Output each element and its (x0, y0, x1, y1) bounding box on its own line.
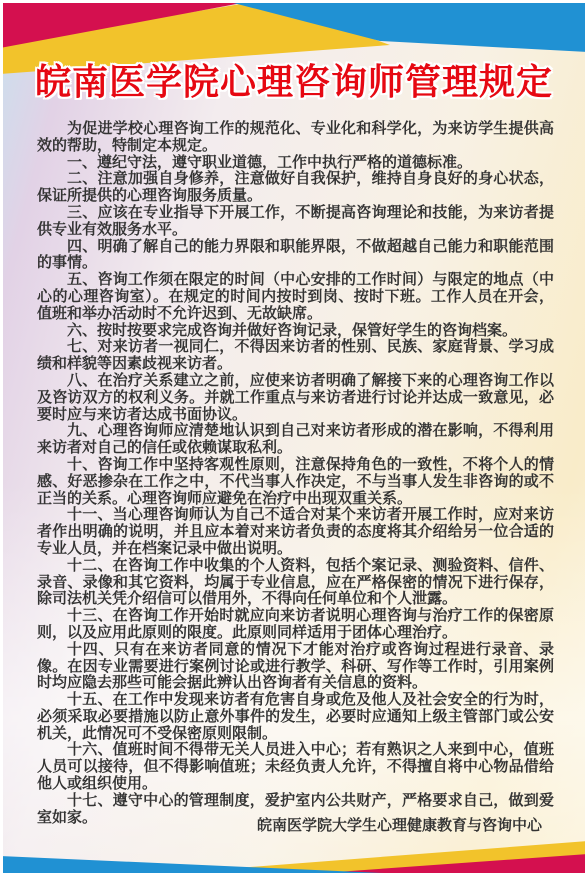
page-title: 皖南医学院心理咨询师管理规定 (0, 54, 588, 105)
regulations-list: 一、遵纪守法，遵守职业道德，工作中执行严格的道德标准。二、注意加强自身修养，注意… (37, 155, 554, 827)
issuer-signature: 皖南医学院大学生心理健康教育与咨询中心 (37, 814, 542, 835)
regulation-paragraph: 四、明确了解自己的能力界限和职能界限，不做超越自己能力和职能范围的事情。 (37, 239, 554, 273)
regulation-paragraph: 十二、在咨询工作中收集的个人资料，包括个案记录、测验资料、信件、录音、录像和其它… (37, 558, 554, 608)
regulation-paragraph: 三、应该在专业指导下开展工作，不断提高咨询理论和技能，为来访者提供专业有效服务水… (37, 205, 554, 239)
regulation-paragraph: 七、对来访者一视同仁，不得因来访者的性别、民族、家庭背景、学习成绩和样貌等因素歧… (37, 339, 554, 373)
regulation-paragraph: 十五、在工作中发现来访者有危害自身或危及他人及社会安全的行为时，必须采取必要措施… (37, 692, 554, 742)
regulation-paragraph: 十、咨询工作中坚持客观性原则，注意保持角色的一致性，不将个人的情感、好恶掺杂在工… (37, 457, 554, 507)
regulation-paragraph: 五、咨询工作须在限定的时间（中心安排的工作时间）与限定的地点（中心的心理咨询室）… (37, 272, 554, 322)
regulation-paragraph: 一、遵纪守法，遵守职业道德，工作中执行严格的道德标准。 (37, 155, 554, 172)
regulation-paragraph: 十一、当心理咨询师认为自己不适合对某个来访者开展工作时，应对来访者作出明确的说明… (37, 507, 554, 557)
regulation-paragraph: 六、按时按要求完成咨询并做好咨询记录，保管好学生的咨询档案。 (37, 323, 554, 340)
regulation-paragraph: 九、心理咨询师应清楚地认识到自己对来访者形成的潜在影响，不得利用来访者对自己的信… (37, 423, 554, 457)
regulation-paragraph: 十四、只有在来访者同意的情况下才能对治疗或咨询过程进行录音、录像。在因专业需要进… (37, 642, 554, 692)
poster-page: 皖南医学院心理咨询师管理规定 为促进学校心理咨询工作的规范化、专业化和科学化，为… (0, 0, 588, 876)
regulation-paragraph: 十三、在咨询工作开始时就应向来访者说明心理咨询与治疗工作的保密原则，以及应用此原… (37, 608, 554, 642)
regulation-paragraph: 二、注意加强自身修养，注意做好自我保护，维持自身良好的身心状态，保证所提供的心理… (37, 171, 554, 205)
regulation-paragraph: 八、在治疗关系建立之前，应使来访者明确了解接下来的心理咨询工作以及咨访双方的权利… (37, 373, 554, 423)
intro-paragraph: 为促进学校心理咨询工作的规范化、专业化和科学化，为来访学生提供高效的帮助，特制定… (37, 121, 554, 155)
regulation-paragraph: 十六、值班时间不得带无关人员进入中心；若有熟识之人来到中心，值班人员可以接待，但… (37, 742, 554, 792)
regulations-body: 为促进学校心理咨询工作的规范化、专业化和科学化，为来访学生提供高效的帮助，特制定… (37, 121, 554, 826)
